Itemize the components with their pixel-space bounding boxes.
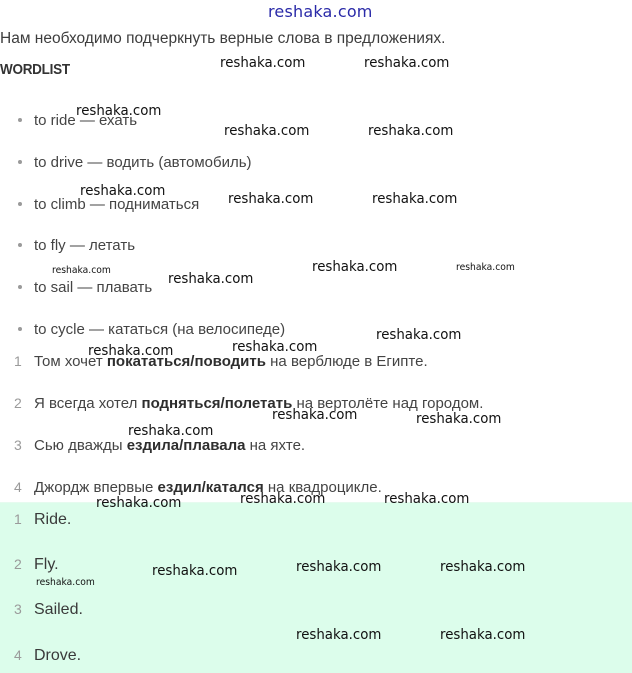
answer-item: 2Fly. [14, 556, 59, 574]
sentence-item: 4Джордж впервые ездил/катался на квадроц… [14, 479, 382, 496]
watermark: reshaka.com [88, 343, 173, 359]
watermark: reshaka.com [416, 411, 501, 427]
item-number: 3 [14, 601, 34, 617]
site-watermark-header: reshaka.com [268, 2, 373, 21]
watermark: reshaka.com [128, 423, 213, 439]
watermark: reshaka.com [368, 123, 453, 139]
instruction-text: Нам необходимо подчеркнуть верные слова … [0, 30, 445, 48]
watermark: reshaka.com [224, 123, 309, 139]
item-number: 4 [14, 479, 34, 495]
answer-item: 3Sailed. [14, 601, 83, 619]
wordlist-item: to cycle — кататься (на велосипеде) [18, 321, 285, 338]
watermark: reshaka.com [312, 259, 397, 275]
watermark: reshaka.com [80, 183, 165, 199]
bullet-icon [18, 285, 22, 289]
item-number: 1 [14, 511, 34, 527]
bullet-icon [18, 243, 22, 247]
sentence-item: 1Том хочет покататься/поводить на верблю… [14, 353, 428, 370]
answer-item: 1Ride. [14, 511, 71, 529]
word-choice: подняться/полетать [142, 395, 293, 412]
bullet-icon [18, 160, 22, 164]
wordlist-item: to fly — летать [18, 237, 135, 254]
bullet-icon [18, 327, 22, 331]
item-number: 2 [14, 395, 34, 411]
watermark: reshaka.com [240, 491, 325, 507]
watermark: reshaka.com [372, 191, 457, 207]
watermark: reshaka.com [76, 103, 161, 119]
item-number: 3 [14, 437, 34, 453]
watermark: reshaka.com [440, 559, 525, 575]
sentence-item: 2Я всегда хотел подняться/полетать на ве… [14, 395, 483, 412]
watermark: reshaka.com [364, 55, 449, 71]
watermark: reshaka.com [440, 627, 525, 643]
watermark: reshaka.com [220, 55, 305, 71]
watermark: reshaka.com [376, 327, 461, 343]
wordlist-item: to drive — водить (автомобиль) [18, 154, 252, 171]
answer-item: 4Drove. [14, 647, 81, 665]
watermark: reshaka.com [36, 577, 95, 588]
word-choice: ездила/плавала [127, 437, 246, 454]
watermark: reshaka.com [152, 563, 237, 579]
watermark: reshaka.com [228, 191, 313, 207]
wordlist-item: to sail — плавать [18, 279, 152, 296]
watermark: reshaka.com [232, 339, 317, 355]
watermark: reshaka.com [296, 627, 381, 643]
watermark: reshaka.com [272, 407, 357, 423]
watermark: reshaka.com [96, 495, 181, 511]
item-number: 1 [14, 353, 34, 369]
watermark: reshaka.com [52, 265, 111, 276]
item-number: 2 [14, 556, 34, 572]
wordlist-heading: WORDLIST [0, 61, 70, 78]
watermark: reshaka.com [296, 559, 381, 575]
sentence-item: 3Сью дважды ездила/плавала на яхте. [14, 437, 305, 454]
bullet-icon [18, 118, 22, 122]
watermark: reshaka.com [384, 491, 469, 507]
bullet-icon [18, 202, 22, 206]
watermark: reshaka.com [168, 271, 253, 287]
item-number: 4 [14, 647, 34, 663]
watermark: reshaka.com [456, 262, 515, 273]
